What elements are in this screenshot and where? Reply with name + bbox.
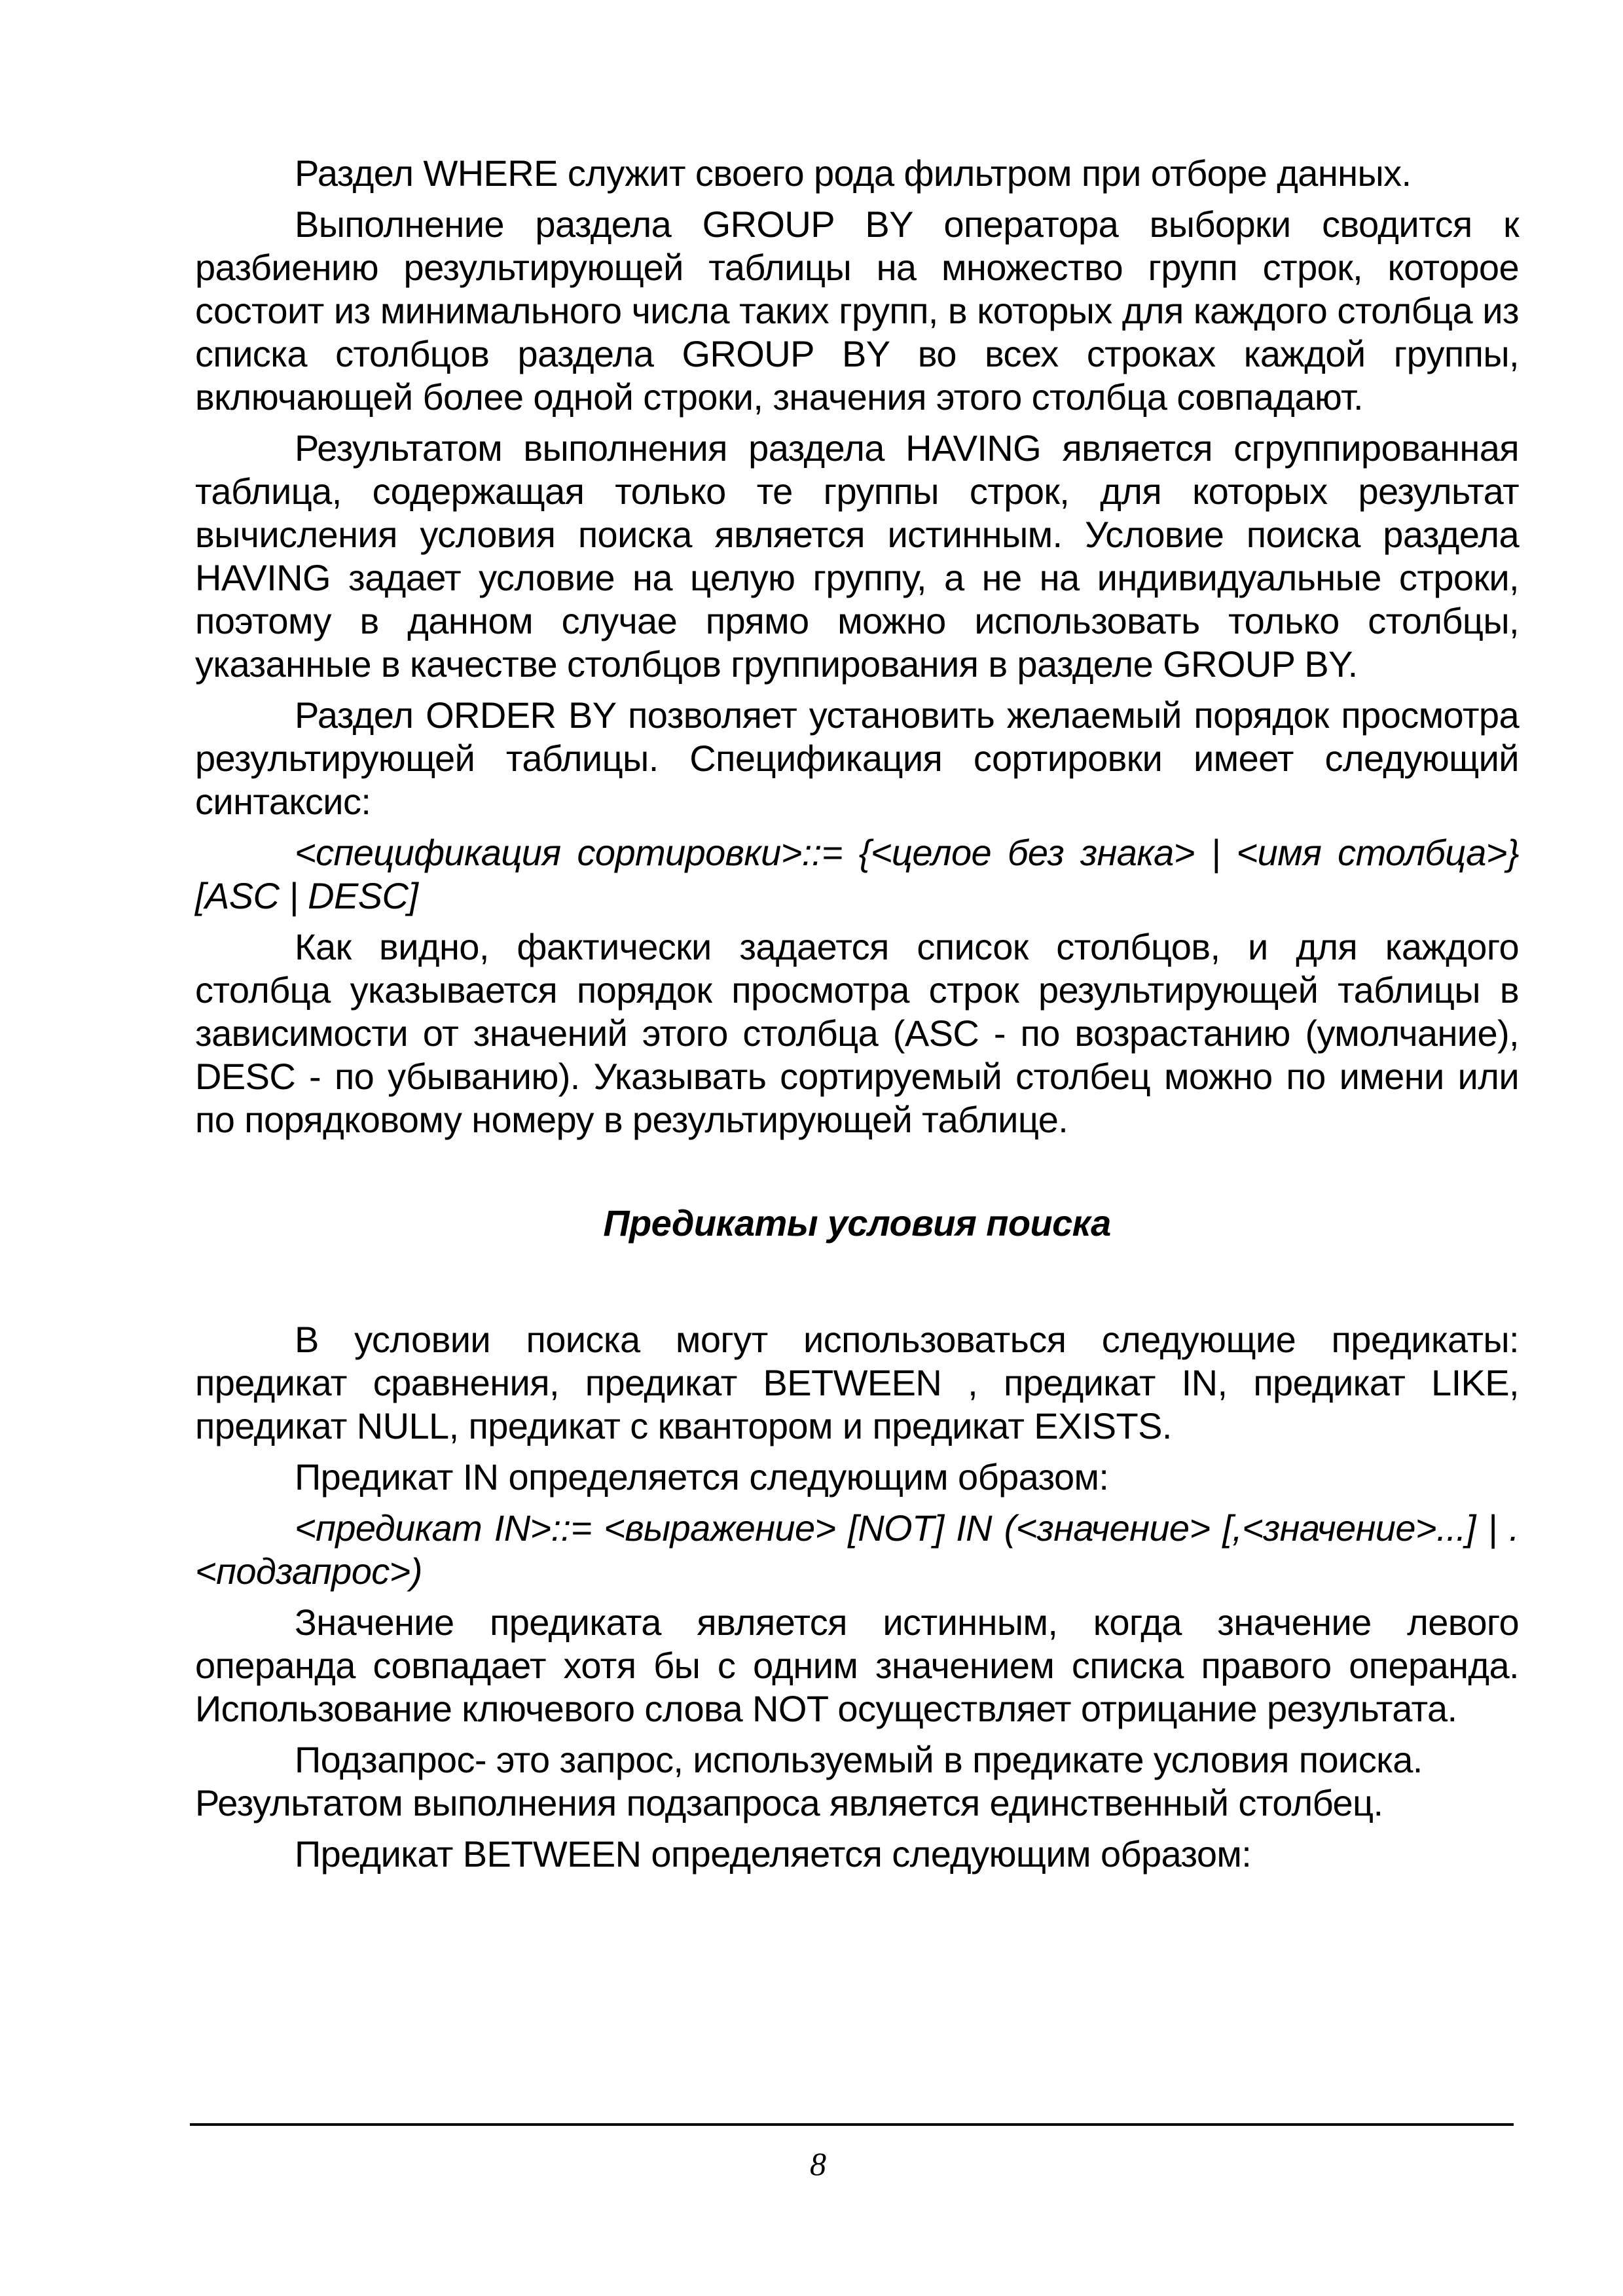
paragraph-subquery: Подзапрос- это запрос, используемый в пр…: [195, 1738, 1519, 1825]
paragraph-in-intro: Предикат IN определяется следующим образ…: [195, 1456, 1519, 1499]
footer-divider: [190, 2123, 1514, 2126]
section-heading: Предикаты условия поиска: [195, 1202, 1519, 1245]
page-number: 8: [0, 2144, 1623, 2183]
paragraph-where: Раздел WHERE служит своего рода фильтром…: [195, 152, 1519, 195]
paragraph-order-by-explanation: Как видно, фактически задается список ст…: [195, 925, 1519, 1141]
page-body: Раздел WHERE служит своего рода фильтром…: [195, 152, 1519, 1884]
paragraph-having: Результатом выполнения раздела HAVING яв…: [195, 427, 1519, 686]
paragraph-in-meaning: Значение предиката является истинным, ко…: [195, 1601, 1519, 1731]
paragraph-order-by: Раздел ORDER BY позволяет установить жел…: [195, 694, 1519, 823]
paragraph-between-intro: Предикат BETWEEN определяется следующим …: [195, 1833, 1519, 1876]
paragraph-predicates-list: В условии поиска могут использоваться сл…: [195, 1318, 1519, 1448]
syntax-order-by-specification: <спецификация сортировки>::= {<целое без…: [195, 831, 1519, 918]
paragraph-group-by: Выполнение раздела GROUP BY оператора вы…: [195, 203, 1519, 419]
syntax-in-predicate: <предикат IN>::= <выражение> [NOT] IN (<…: [195, 1507, 1519, 1593]
